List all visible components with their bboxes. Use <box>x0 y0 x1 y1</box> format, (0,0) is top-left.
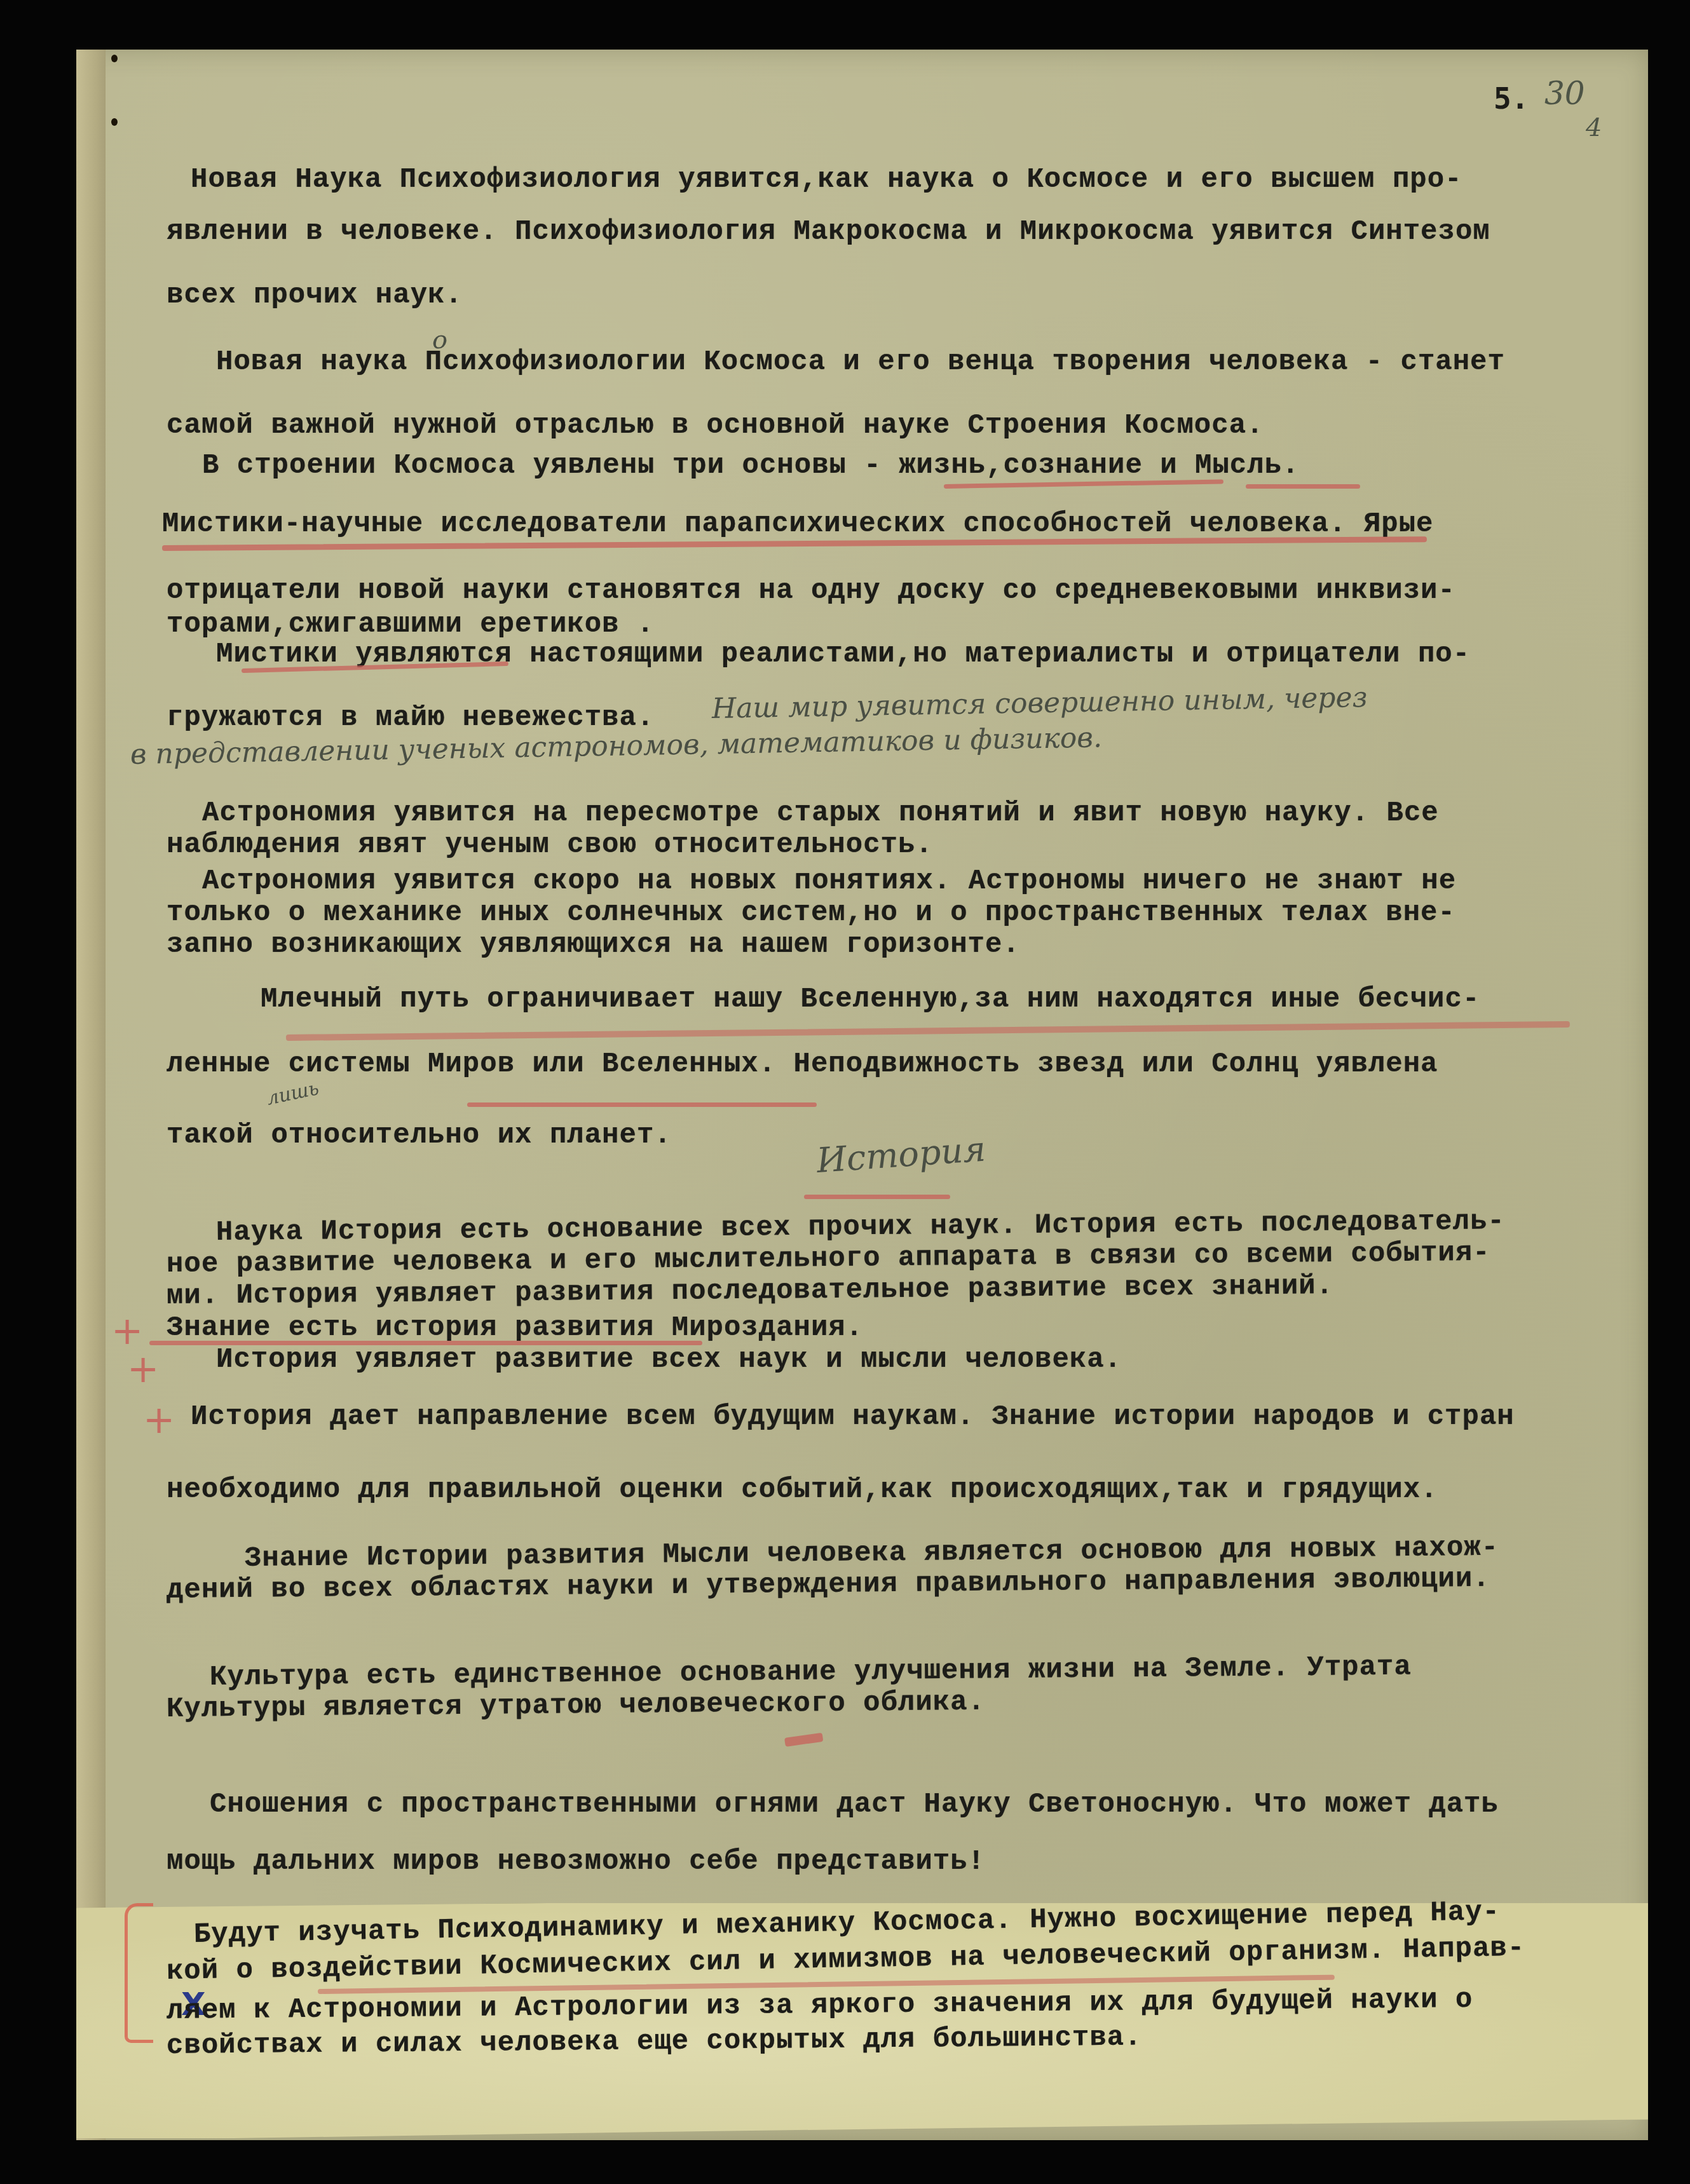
text-line: Новая Наука Психофизиология уявится,как … <box>191 164 1462 196</box>
text-line: гружаются в майю невежества. <box>167 702 654 734</box>
margin-cross-mark: + <box>127 1347 159 1392</box>
text-line: Млечный путь ограничивает нашу Вселенную… <box>261 984 1480 1015</box>
text-line: Мистики-научные исследователи парапсихич… <box>162 508 1434 540</box>
text-line: такой относительно их планет. <box>167 1120 672 1151</box>
text-line: мощь дальних миров невозможно себе предс… <box>167 1846 985 1878</box>
text-line: наблюдения явят ученым свою относительно… <box>167 829 933 861</box>
text-line: История уявляет развитие всех наук и мыс… <box>216 1344 1122 1376</box>
text-line: Новая наука Психофизиологии Космоса и ег… <box>216 346 1505 378</box>
page-number: 5. <box>1494 81 1529 116</box>
red-underline <box>1246 484 1360 489</box>
text-line: В строении Космоса уявлены три основы - … <box>202 450 1299 482</box>
margin-cross-mark: + <box>143 1398 175 1442</box>
text-line: История дает направление всем будущим на… <box>191 1401 1515 1433</box>
binding-fold <box>76 50 106 2140</box>
text-line: Астрономия уявится на пересмотре старых … <box>202 797 1439 829</box>
margin-bracket-mark <box>125 1903 153 2043</box>
text-line: явлении в человеке. Психофизиология Макр… <box>167 216 1490 248</box>
text-line: Астрономия уявится скоро на новых поняти… <box>202 865 1456 897</box>
text-line: Сношения с пространственными огнями даст… <box>210 1789 1499 1821</box>
text-line: торами,сжигавшими еретиков . <box>167 609 654 641</box>
red-underline <box>467 1102 817 1107</box>
text-line: самой важной нужной отраслью в основной … <box>167 410 1264 442</box>
text-line: необходимо для правильной оценки событий… <box>167 1474 1438 1506</box>
folio-subnumber-handwritten: 4 <box>1586 113 1602 142</box>
text-line: ленные системы Миров или Вселенных. Непо… <box>167 1048 1438 1080</box>
text-line: всех прочих наук. <box>167 280 463 311</box>
text-line: Знание есть история развития Мироздания. <box>167 1312 863 1344</box>
text-line: запно возникающих уявляющихся на нашем г… <box>167 929 1020 961</box>
text-line: отрицатели новой науки становятся на одн… <box>167 575 1455 607</box>
red-underline <box>804 1195 950 1199</box>
punch-hole <box>111 55 118 62</box>
text-line: только о механике иных солнечных систем,… <box>167 897 1455 929</box>
folio-number-handwritten: 30 <box>1544 75 1585 112</box>
punch-hole <box>111 118 118 126</box>
